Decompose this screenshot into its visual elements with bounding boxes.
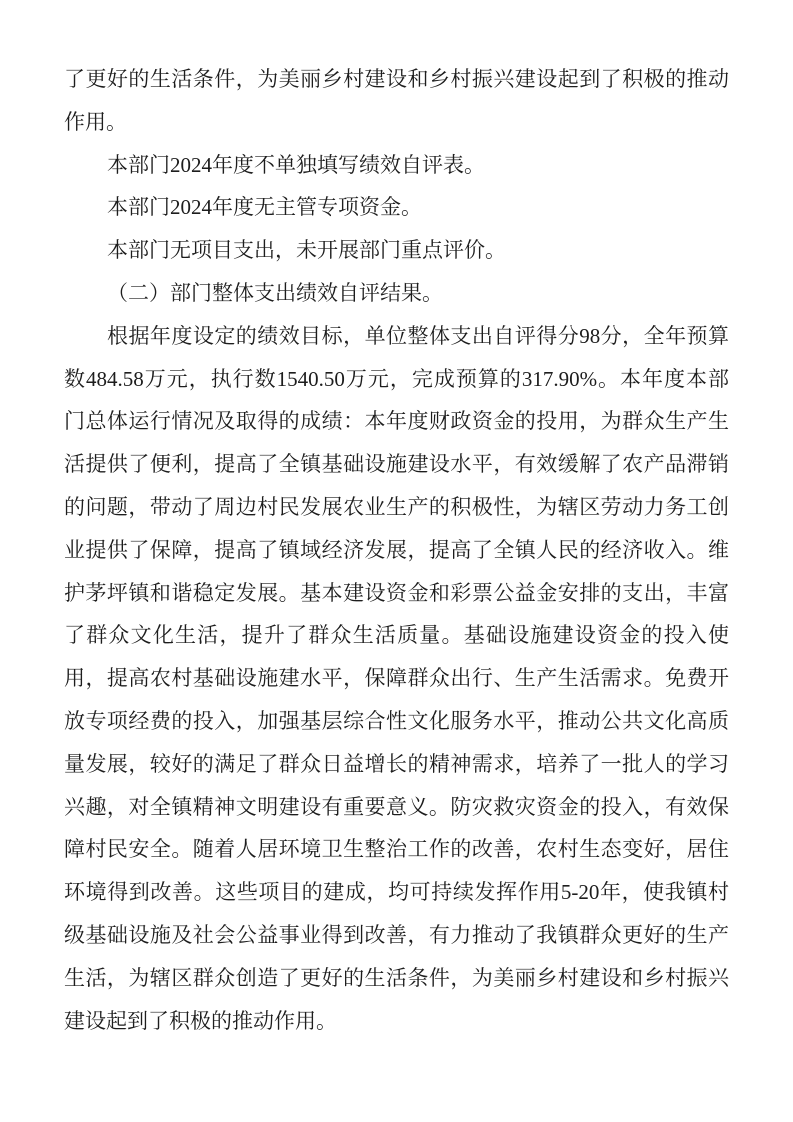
text-line: 生活，为辖区群众创造了更好的生活条件，为美丽乡村建设和乡村振兴 — [64, 957, 729, 1000]
text-line: 作用。 — [64, 101, 729, 144]
text-line: （二）部门整体支出绩效自评结果。 — [64, 272, 729, 315]
text-line: 业提供了保障，提高了镇域经济发展，提高了全镇人民的经济收入。维 — [64, 529, 729, 572]
text-line: 门总体运行情况及取得的成绩：本年度财政资金的投用，为群众生产生 — [64, 400, 729, 443]
text-line: 的问题，带动了周边村民发展农业生产的积极性，为辖区劳动力务工创 — [64, 486, 729, 529]
text-line: 放专项经费的投入，加强基层综合性文化服务水平，推动公共文化高质 — [64, 700, 729, 743]
text-line: 量发展，较好的满足了群众日益增长的精神需求，培养了一批人的学习 — [64, 743, 729, 786]
text-line: 兴趣，对全镇精神文明建设有重要意义。防灾救灾资金的投入，有效保 — [64, 786, 729, 829]
text-line: 本部门无项目支出，未开展部门重点评价。 — [64, 229, 729, 272]
document-page: 了更好的生活条件，为美丽乡村建设和乡村振兴建设起到了积极的推动 作用。 本部门2… — [0, 0, 793, 1122]
text-line: 根据年度设定的绩效目标，单位整体支出自评得分98分，全年预算 — [64, 315, 729, 358]
text-line: 用，提高农村基础设施建水平，保障群众出行、生产生活需求。免费开 — [64, 657, 729, 700]
text-line: 障村民安全。随着人居环境卫生整治工作的改善，农村生态变好，居住 — [64, 828, 729, 871]
text-line: 了更好的生活条件，为美丽乡村建设和乡村振兴建设起到了积极的推动 — [64, 58, 729, 101]
text-line: 活提供了便利，提高了全镇基础设施建设水平，有效缓解了农产品滞销 — [64, 443, 729, 486]
text-line: 本部门2024年度不单独填写绩效自评表。 — [64, 144, 729, 187]
text-line: 本部门2024年度无主管专项资金。 — [64, 186, 729, 229]
text-line: 级基础设施及社会公益事业得到改善，有力推动了我镇群众更好的生产 — [64, 914, 729, 957]
text-line: 环境得到改善。这些项目的建成，均可持续发挥作用5-20年，使我镇村 — [64, 871, 729, 914]
text-line: 建设起到了积极的推动作用。 — [64, 1000, 729, 1043]
text-line: 数484.58万元，执行数1540.50万元，完成预算的317.90%。本年度本… — [64, 358, 729, 401]
text-line: 护茅坪镇和谐稳定发展。基本建设资金和彩票公益金安排的支出，丰富 — [64, 572, 729, 615]
text-line: 了群众文化生活，提升了群众生活质量。基础设施建设资金的投入使 — [64, 614, 729, 657]
